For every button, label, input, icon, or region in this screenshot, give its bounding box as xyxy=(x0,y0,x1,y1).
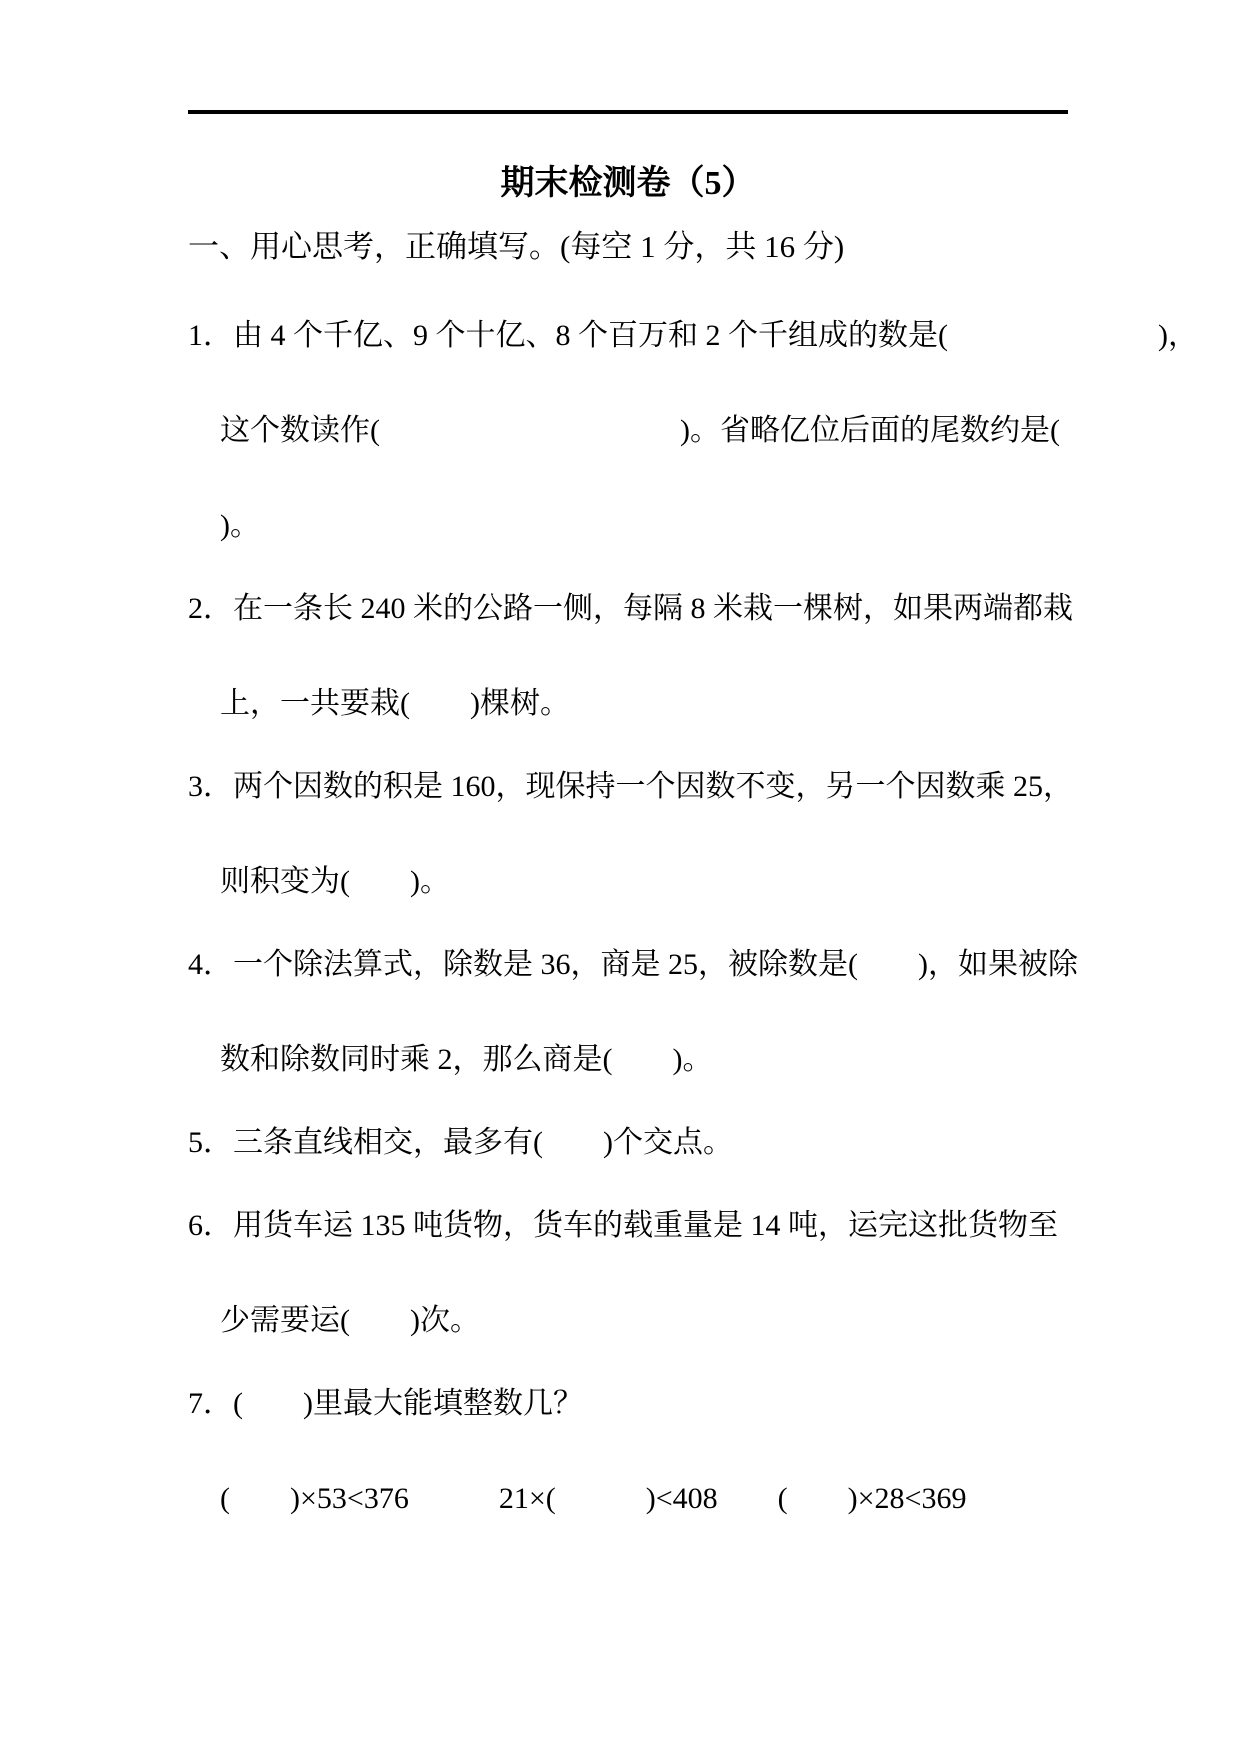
page-title: 期末检测卷（5） xyxy=(188,152,1068,216)
question-7-line-2: ( )×53<376 21×( )<408 ( )×28<369 xyxy=(188,1451,1068,1546)
question-6: 6．用货车运 135 吨货物，货车的载重量是 14 吨，运完这批货物至 少需要运… xyxy=(188,1178,1068,1368)
question-1: 1．由 4 个千亿、9 个十亿、8 个百万和 2 个千组成的数是( )， 这个数… xyxy=(188,288,1068,573)
question-7: 7．( )里最大能填整数几？ ( )×53<376 21×( )<408 ( )… xyxy=(188,1356,1068,1546)
question-2-line-1: 2．在一条长 240 米的公路一侧，每隔 8 米栽一棵树，如果两端都栽 xyxy=(188,561,1068,656)
questions-list: 1．由 4 个千亿、9 个十亿、8 个百万和 2 个千组成的数是( )， 这个数… xyxy=(188,288,1068,1546)
question-5-line-1: 5．三条直线相交，最多有( )个交点。 xyxy=(188,1095,1068,1190)
section-one-heading: 一、用心思考，正确填写。(每空 1 分，共 16 分) xyxy=(188,216,1068,278)
question-1-line-2: 这个数读作( )。省略亿位后面的尾数约是( xyxy=(188,383,1068,478)
question-3-line-1: 3．两个因数的积是 160，现保持一个因数不变，另一个因数乘 25， xyxy=(188,739,1068,834)
question-4-line-1: 4．一个除法算式，除数是 36，商是 25，被除数是( )，如果被除 xyxy=(188,917,1068,1012)
question-2: 2．在一条长 240 米的公路一侧，每隔 8 米栽一棵树，如果两端都栽 上，一共… xyxy=(188,561,1068,751)
question-4: 4．一个除法算式，除数是 36，商是 25，被除数是( )，如果被除 数和除数同… xyxy=(188,917,1068,1107)
question-1-line-1: 1．由 4 个千亿、9 个十亿、8 个百万和 2 个千组成的数是( )， xyxy=(188,288,1068,383)
question-1-line-3: )。 xyxy=(188,478,1068,573)
question-2-line-2: 上，一共要栽( )棵树。 xyxy=(188,656,1068,751)
question-6-line-1: 6．用货车运 135 吨货物，货车的载重量是 14 吨，运完这批货物至 xyxy=(188,1178,1068,1273)
question-7-line-1: 7．( )里最大能填整数几？ xyxy=(188,1356,1068,1451)
question-6-line-2: 少需要运( )次。 xyxy=(188,1273,1068,1368)
question-3-line-2: 则积变为( )。 xyxy=(188,834,1068,929)
content-area: 期末检测卷（5） 一、用心思考，正确填写。(每空 1 分，共 16 分) 1．由… xyxy=(188,110,1068,1546)
question-3: 3．两个因数的积是 160，现保持一个因数不变，另一个因数乘 25， 则积变为(… xyxy=(188,739,1068,929)
question-4-line-2: 数和除数同时乘 2，那么商是( )。 xyxy=(188,1012,1068,1107)
header-rule xyxy=(188,110,1068,114)
question-5: 5．三条直线相交，最多有( )个交点。 xyxy=(188,1095,1068,1190)
exam-paper-page: 期末检测卷（5） 一、用心思考，正确填写。(每空 1 分，共 16 分) 1．由… xyxy=(0,0,1241,1754)
